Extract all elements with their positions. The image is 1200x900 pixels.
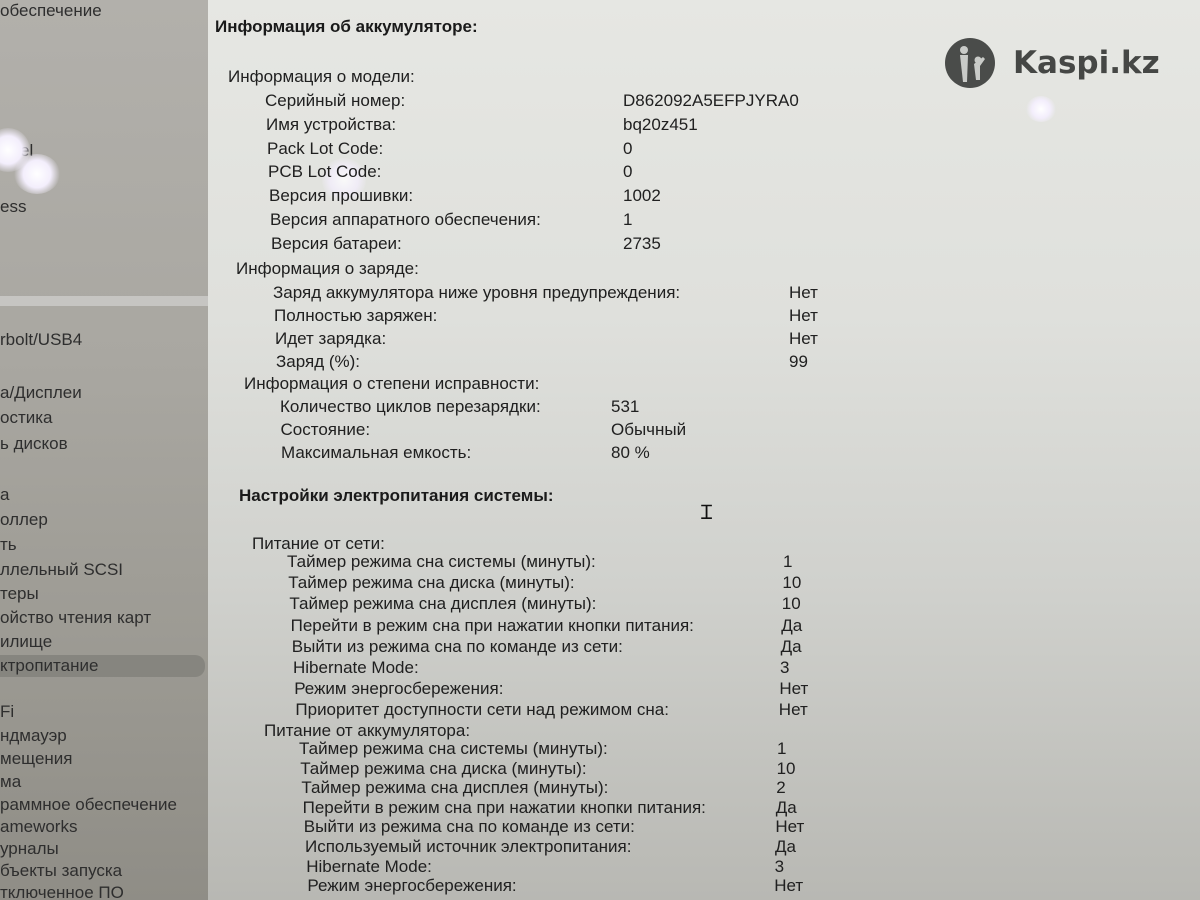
info-row-label: Таймер режима сна системы (минуты): xyxy=(287,552,596,572)
info-row-label: Режим энергосбережения: xyxy=(307,876,516,896)
info-row-value: Да xyxy=(776,798,797,818)
sidebar-item[interactable]: а/Дисплеи xyxy=(0,382,205,404)
sidebar-item[interactable]: оллер xyxy=(0,509,205,531)
info-row-label: Режим энергосбережения: xyxy=(294,679,503,699)
info-row-value: 99 xyxy=(789,352,808,372)
sidebar-item[interactable]: ллельный SCSI xyxy=(0,559,205,581)
sidebar-item[interactable]: тключенное ПО xyxy=(0,882,205,900)
sidebar-item[interactable]: rbolt/USB4 xyxy=(0,329,205,351)
info-row-value: 3 xyxy=(780,658,789,678)
info-row-value: 1 xyxy=(623,210,632,230)
info-row-label: Таймер режима сна диска (минуты): xyxy=(300,759,586,779)
sidebar-item[interactable]: ндмауэр xyxy=(0,725,205,747)
info-row-value: 0 xyxy=(623,139,632,159)
charge-info-header: Информация о заряде: xyxy=(236,259,419,279)
info-row-label: PCB Lot Code: xyxy=(268,162,381,182)
info-row-value: Нет xyxy=(789,306,818,326)
info-row-label: Приоритет доступности сети над режимом с… xyxy=(295,700,669,720)
info-row-value: Нет xyxy=(789,283,818,303)
info-row-label: Версия аппаратного обеспечения: xyxy=(270,210,541,230)
battery-power-header: Питание от аккумулятора: xyxy=(264,721,470,741)
sidebar-item[interactable]: мещения xyxy=(0,748,205,770)
info-row-value: 2 xyxy=(776,778,785,798)
sidebar-item[interactable]: илище xyxy=(0,631,205,653)
sidebar-item[interactable]: теры xyxy=(0,583,205,605)
sidebar-item-power-selected[interactable]: ктропитание xyxy=(0,655,205,677)
info-row-label: Заряд (%): xyxy=(276,352,360,372)
info-row-label: Hibernate Mode: xyxy=(306,857,432,877)
info-row-label: Таймер режима сна дисплея (минуты): xyxy=(289,594,596,614)
info-row-label: Максимальная емкость: xyxy=(281,443,471,463)
info-row-label: Перейти в режим сна при нажатии кнопки п… xyxy=(291,616,694,636)
info-row-value: Нет xyxy=(774,876,803,896)
info-row-label: Таймер режима сна диска (минуты): xyxy=(288,573,574,593)
info-row-label: Полностью заряжен: xyxy=(274,306,437,326)
sidebar-item[interactable]: остика xyxy=(0,407,205,429)
info-row-value: Обычный xyxy=(611,420,686,440)
info-row-value: 2735 xyxy=(623,234,661,254)
sidebar-item[interactable]: ess xyxy=(0,196,205,218)
info-row-value: Нет xyxy=(789,329,818,349)
info-row-value: 1002 xyxy=(623,186,661,206)
sidebar-divider xyxy=(0,296,208,306)
info-row-value: Да xyxy=(781,616,802,636)
info-row-value: 10 xyxy=(777,759,796,779)
kaspi-logo-icon xyxy=(945,38,995,88)
info-row-label: Версия батареи: xyxy=(271,234,402,254)
info-row-value: 0 xyxy=(623,162,632,182)
info-row-label: Выйти из режима сна по команде из сети: xyxy=(292,637,623,657)
sidebar-item[interactable]: бъекты запуска xyxy=(0,860,205,882)
sidebar: обеспечение el ess rbolt/USB4 а/Дисплеи … xyxy=(0,0,208,900)
info-row-value: Да xyxy=(775,837,796,857)
info-row-value: 1 xyxy=(783,552,792,572)
info-row-label: Идет зарядка: xyxy=(275,329,386,349)
info-row-label: Таймер режима сна дисплея (минуты): xyxy=(301,778,608,798)
info-row-label: Заряд аккумулятора ниже уровня предупреж… xyxy=(273,283,680,303)
health-info-header: Информация о степени исправности: xyxy=(244,374,539,394)
sidebar-item[interactable]: Fi xyxy=(0,701,205,723)
info-row-label: Выйти из режима сна по команде из сети: xyxy=(304,817,635,837)
info-row-value: 1 xyxy=(777,739,786,759)
battery-section-title: Информация об аккумуляторе: xyxy=(215,17,478,37)
info-row-label: Перейти в режим сна при нажатии кнопки п… xyxy=(303,798,706,818)
power-section-title: Настройки электропитания системы: xyxy=(239,486,554,506)
sidebar-item[interactable]: урналы xyxy=(0,838,205,860)
screen-glare xyxy=(14,154,60,194)
info-row-label: Количество циклов перезарядки: xyxy=(280,397,541,417)
info-row-value: Нет xyxy=(779,700,808,720)
info-row-value: 10 xyxy=(782,573,801,593)
info-row-label: Таймер режима сна системы (минуты): xyxy=(299,739,608,759)
content-pane: Информация об аккумуляторе: Информация о… xyxy=(208,0,1200,900)
info-row-value: Нет xyxy=(775,817,804,837)
info-row-value: Нет xyxy=(779,679,808,699)
sidebar-item[interactable]: а xyxy=(0,484,205,506)
info-row-label: Hibernate Mode: xyxy=(293,658,419,678)
sidebar-item[interactable]: раммное обеспечение xyxy=(0,794,205,816)
text-cursor-icon: Ɪ xyxy=(701,498,712,525)
sidebar-item[interactable]: ойство чтения карт xyxy=(0,607,205,629)
model-info-header: Информация о модели: xyxy=(228,67,415,87)
sidebar-item[interactable]: ameworks xyxy=(0,816,205,838)
info-row-label: Используемый источник электропитания: xyxy=(305,837,631,857)
sidebar-item[interactable]: обеспечение xyxy=(0,0,205,22)
sidebar-item[interactable]: ть xyxy=(0,534,205,556)
info-row-value: 10 xyxy=(782,594,801,614)
kaspi-watermark-text: Kaspi.kz xyxy=(1013,45,1160,81)
info-row-label: Версия прошивки: xyxy=(269,186,413,206)
info-row-value: 3 xyxy=(775,857,784,877)
info-row-value: D862092A5EFPJYRA0 xyxy=(623,91,799,111)
info-row-label: Имя устройства: xyxy=(266,115,396,135)
info-row-label: Серийный номер: xyxy=(265,91,405,111)
info-row-value: 531 xyxy=(611,397,639,417)
sidebar-item[interactable]: ма xyxy=(0,771,205,793)
info-row-value: bq20z451 xyxy=(623,115,698,135)
info-row-label: Состояние: xyxy=(281,420,371,440)
kaspi-watermark: Kaspi.kz xyxy=(945,38,1160,88)
sidebar-item[interactable]: ь дисков xyxy=(0,433,205,455)
ac-power-header: Питание от сети: xyxy=(252,534,385,554)
info-row-value: 80 % xyxy=(611,443,650,463)
info-row-value: Да xyxy=(781,637,802,657)
screen-glare xyxy=(1026,96,1056,122)
info-row-label: Pack Lot Code: xyxy=(267,139,383,159)
